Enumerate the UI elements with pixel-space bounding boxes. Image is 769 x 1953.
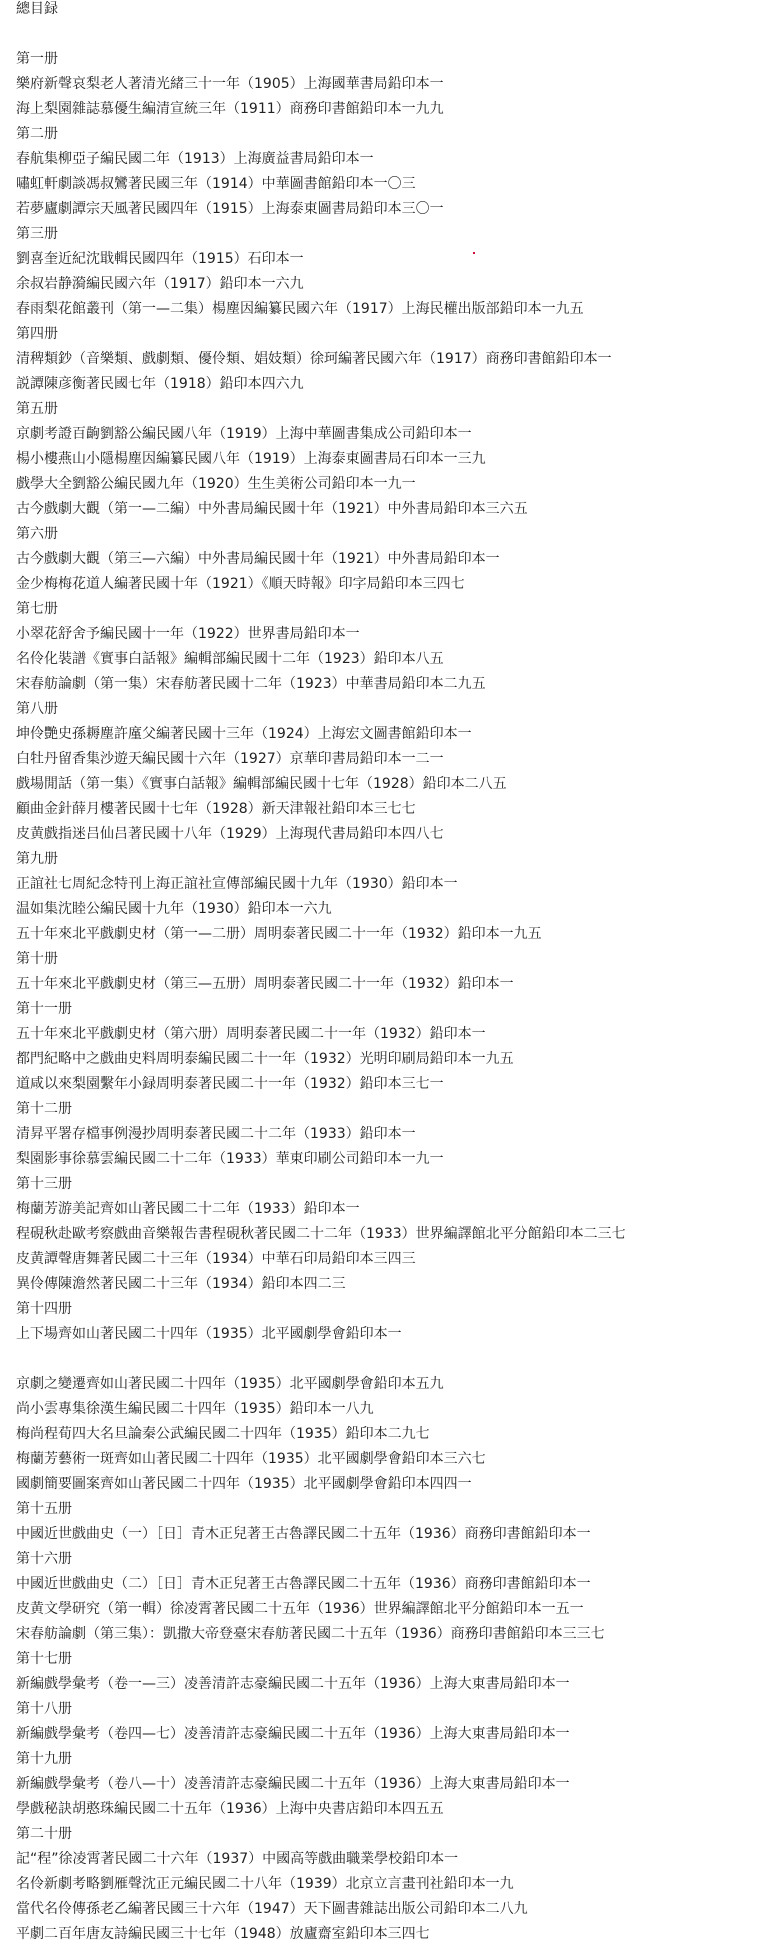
list-item: 名伶新劇考略劉雁聲沈正元編民國二十八年（1939）北京立言畫刊社鉛印本一九 [16,1872,769,1897]
list-item: 皮黄譚聲唐舞著民國二十三年（1934）中華石印局鉛印本三四三 [16,1247,769,1272]
list-item: 上下場齊如山著民國二十四年（1935）北平國劇學會鉛印本一 [16,1322,769,1347]
list-item: 都門紀略中之戲曲史料周明泰編民國二十一年（1932）光明印刷局鉛印本一九五 [16,1047,769,1072]
volume-heading: 第八册 [16,697,769,722]
list-item: 梅尚程荀四大名旦論秦公武編民國二十四年（1935）鉛印本二九七 [16,1422,769,1447]
list-item: 古今戲劇大觀（第三—六編）中外書局編民國十年（1921）中外書局鉛印本一 [16,547,769,572]
volume-heading: 第二十册 [16,1822,769,1847]
list-item: 説譚陳彦衡著民國七年（1918）鉛印本四六九 [16,372,769,397]
list-item: 京劇之變遷齊如山著民國二十四年（1935）北平國劇學會鉛印本五九 [16,1372,769,1397]
list-item: 清稗類鈔（音樂類、戲劇類、優伶類、娼妓類）徐珂編著民國六年（1917）商務印書館… [16,347,769,372]
volume-heading: 第四册 [16,322,769,347]
list-item: 樂府新聲哀梨老人著清光緒三十一年（1905）上海國華書局鉛印本一 [16,72,769,97]
volume-heading: 第二册 [16,122,769,147]
list-item: 戲學大全劉豁公編民國九年（1920）生生美術公司鉛印本一九一 [16,472,769,497]
volume-heading: 第十四册 [16,1297,769,1322]
list-item: 正誼社七周紀念特刊上海正誼社宣傳部編民國十九年（1930）鉛印本一 [16,872,769,897]
list-item: 梅蘭芳藝術一斑齊如山著民國二十四年（1935）北平國劇學會鉛印本三六七 [16,1447,769,1472]
list-item: 尚小雲專集徐漢生編民國二十四年（1935）鉛印本一八九 [16,1397,769,1422]
list-item: 道咸以來梨園繫年小録周明泰著民國二十一年（1932）鉛印本三七一 [16,1072,769,1097]
list-item: 學戲秘訣胡憨珠編民國二十五年（1936）上海中央書店鉛印本四五五 [16,1797,769,1822]
list-item: 皮黄戲指迷吕仙吕著民國十八年（1929）上海現代書局鉛印本四八七 [16,822,769,847]
list-item: 記“程”徐凌霄著民國二十六年（1937）中國高等戲曲職業學校鉛印本一 [16,1847,769,1872]
list-item: 梨園影事徐慕雲編民國二十二年（1933）華東印刷公司鉛印本一九一 [16,1147,769,1172]
list-item: 戲場閒話（第一集）《實事白話報》編輯部編民國十七年（1928）鉛印本二八五 [16,772,769,797]
table-of-contents: 總目録 第一册樂府新聲哀梨老人著清光緒三十一年（1905）上海國華書局鉛印本一海… [0,0,769,1947]
volume-heading: 第十九册 [16,1747,769,1772]
list-item: 白牡丹留香集沙遊天編民國十六年（1927）京華印書局鉛印本一二一 [16,747,769,772]
list-item: 古今戲劇大觀（第一—二編）中外書局編民國十年（1921）中外書局鉛印本三六五 [16,497,769,522]
list-item: 名伶化裝譜《實事白話報》編輯部編民國十二年（1923）鉛印本八五 [16,647,769,672]
list-item: 楊小樓燕山小隱楊塵因編纂民國八年（1919）上海泰東圖書局石印本一三九 [16,447,769,472]
volume-heading: 第六册 [16,522,769,547]
list-item: 春雨梨花館叢刊（第一—二集）楊塵因編纂民國六年（1917）上海民權出版部鉛印本一… [16,297,769,322]
list-item: 宋春舫論劇（第三集）：凱撒大帝登臺宋春舫著民國二十五年（1936）商務印書館鉛印… [16,1622,769,1647]
volume-heading: 第三册 [16,222,769,247]
document-title: 總目録 [16,0,769,20]
volume-heading: 第十八册 [16,1697,769,1722]
list-item: 嘯虹軒劇談馮叔鸞著民國三年（1914）中華圖書館鉛印本一〇三 [16,172,769,197]
list-item: 海上梨園雜誌慕優生編清宣統三年（1911）商務印書館鉛印本一九九 [16,97,769,122]
volume-heading: 第一册 [16,47,769,72]
list-item: 程硯秋赴歐考察戲曲音樂報告書程硯秋著民國二十二年（1933）世界編譯館北平分館鉛… [16,1222,769,1247]
stray-red-dot [473,252,475,254]
list-item: 温如集沈睦公編民國十九年（1930）鉛印本一六九 [16,897,769,922]
list-item: 坤伶艷史孫耨塵許廑父編著民國十三年（1924）上海宏文圖書館鉛印本一 [16,722,769,747]
list-item: 新編戲學彙考（卷四—七）凌善清許志豪編民國二十五年（1936）上海大東書局鉛印本… [16,1722,769,1747]
list-item: 京劇考證百齣劉豁公編民國八年（1919）上海中華圖書集成公司鉛印本一 [16,422,769,447]
volume-heading: 第十二册 [16,1097,769,1122]
list-item: 劉喜奎近紀沈戢輯民國四年（1915）石印本一 [16,247,769,272]
list-item: 余叔岩静漪編民國六年（1917）鉛印本一六九 [16,272,769,297]
list-item: 梅蘭芳游美記齊如山著民國二十二年（1933）鉛印本一 [16,1197,769,1222]
list-item: 國劇簡要圖案齊如山著民國二十四年（1935）北平國劇學會鉛印本四四一 [16,1472,769,1497]
list-item: 顧曲金針薛月樓著民國十七年（1928）新天津報社鉛印本三七七 [16,797,769,822]
list-item: 當代名伶傳孫老乙編著民國三十六年（1947）天下圖書雜誌出版公司鉛印本二八九 [16,1897,769,1922]
list-item: 皮黄文學研究（第一輯）徐凌霄著民國二十五年（1936）世界編譯館北平分館鉛印本一… [16,1597,769,1622]
list-item: 金少梅梅花道人編著民國十年（1921）《順天時報》印字局鉛印本三四七 [16,572,769,597]
volume-heading: 第十五册 [16,1497,769,1522]
list-item: 宋春舫論劇（第一集）宋春舫著民國十二年（1923）中華書局鉛印本二九五 [16,672,769,697]
volume-heading: 第十册 [16,947,769,972]
list-item: 新編戲學彙考（卷一—三）凌善清許志豪編民國二十五年（1936）上海大東書局鉛印本… [16,1672,769,1697]
volume-heading: 第十三册 [16,1172,769,1197]
list-item: 五十年來北平戲劇史材（第三—五册）周明泰著民國二十一年（1932）鉛印本一 [16,972,769,997]
volume-heading: 第七册 [16,597,769,622]
volume-heading: 第五册 [16,397,769,422]
list-item: 若夢廬劇譚宗天風著民國四年（1915）上海泰東圖書局鉛印本三〇一 [16,197,769,222]
volume-heading: 第十六册 [16,1547,769,1572]
list-item: 新編戲學彙考（卷八—十）凌善清許志豪編民國二十五年（1936）上海大東書局鉛印本… [16,1772,769,1797]
list-item: 中國近世戲曲史（一）［日］青木正兒著王古魯譯民國二十五年（1936）商務印書館鉛… [16,1522,769,1547]
list-item: 小翠花舒舍予編民國十一年（1922）世界書局鉛印本一 [16,622,769,647]
list-item: 平劇二百年唐友詩編民國三十七年（1948）放廬齋室鉛印本三四七 [16,1922,769,1947]
list-item: 清昇平署存檔事例漫抄周明泰著民國二十二年（1933）鉛印本一 [16,1122,769,1147]
volume-heading: 第十一册 [16,997,769,1022]
blank-line [16,1347,769,1372]
list-item: 春航集柳亞子編民國二年（1913）上海廣益書局鉛印本一 [16,147,769,172]
contents-list: 第一册樂府新聲哀梨老人著清光緒三十一年（1905）上海國華書局鉛印本一海上梨園雜… [16,47,769,1947]
volume-heading: 第九册 [16,847,769,872]
volume-heading: 第十七册 [16,1647,769,1672]
list-item: 五十年來北平戲劇史材（第六册）周明泰著民國二十一年（1932）鉛印本一 [16,1022,769,1047]
list-item: 中國近世戲曲史（二）［日］青木正兒著王古魯譯民國二十五年（1936）商務印書館鉛… [16,1572,769,1597]
list-item: 異伶傳陳澹然著民國二十三年（1934）鉛印本四二三 [16,1272,769,1297]
list-item: 五十年來北平戲劇史材（第一—二册）周明泰著民國二十一年（1932）鉛印本一九五 [16,922,769,947]
